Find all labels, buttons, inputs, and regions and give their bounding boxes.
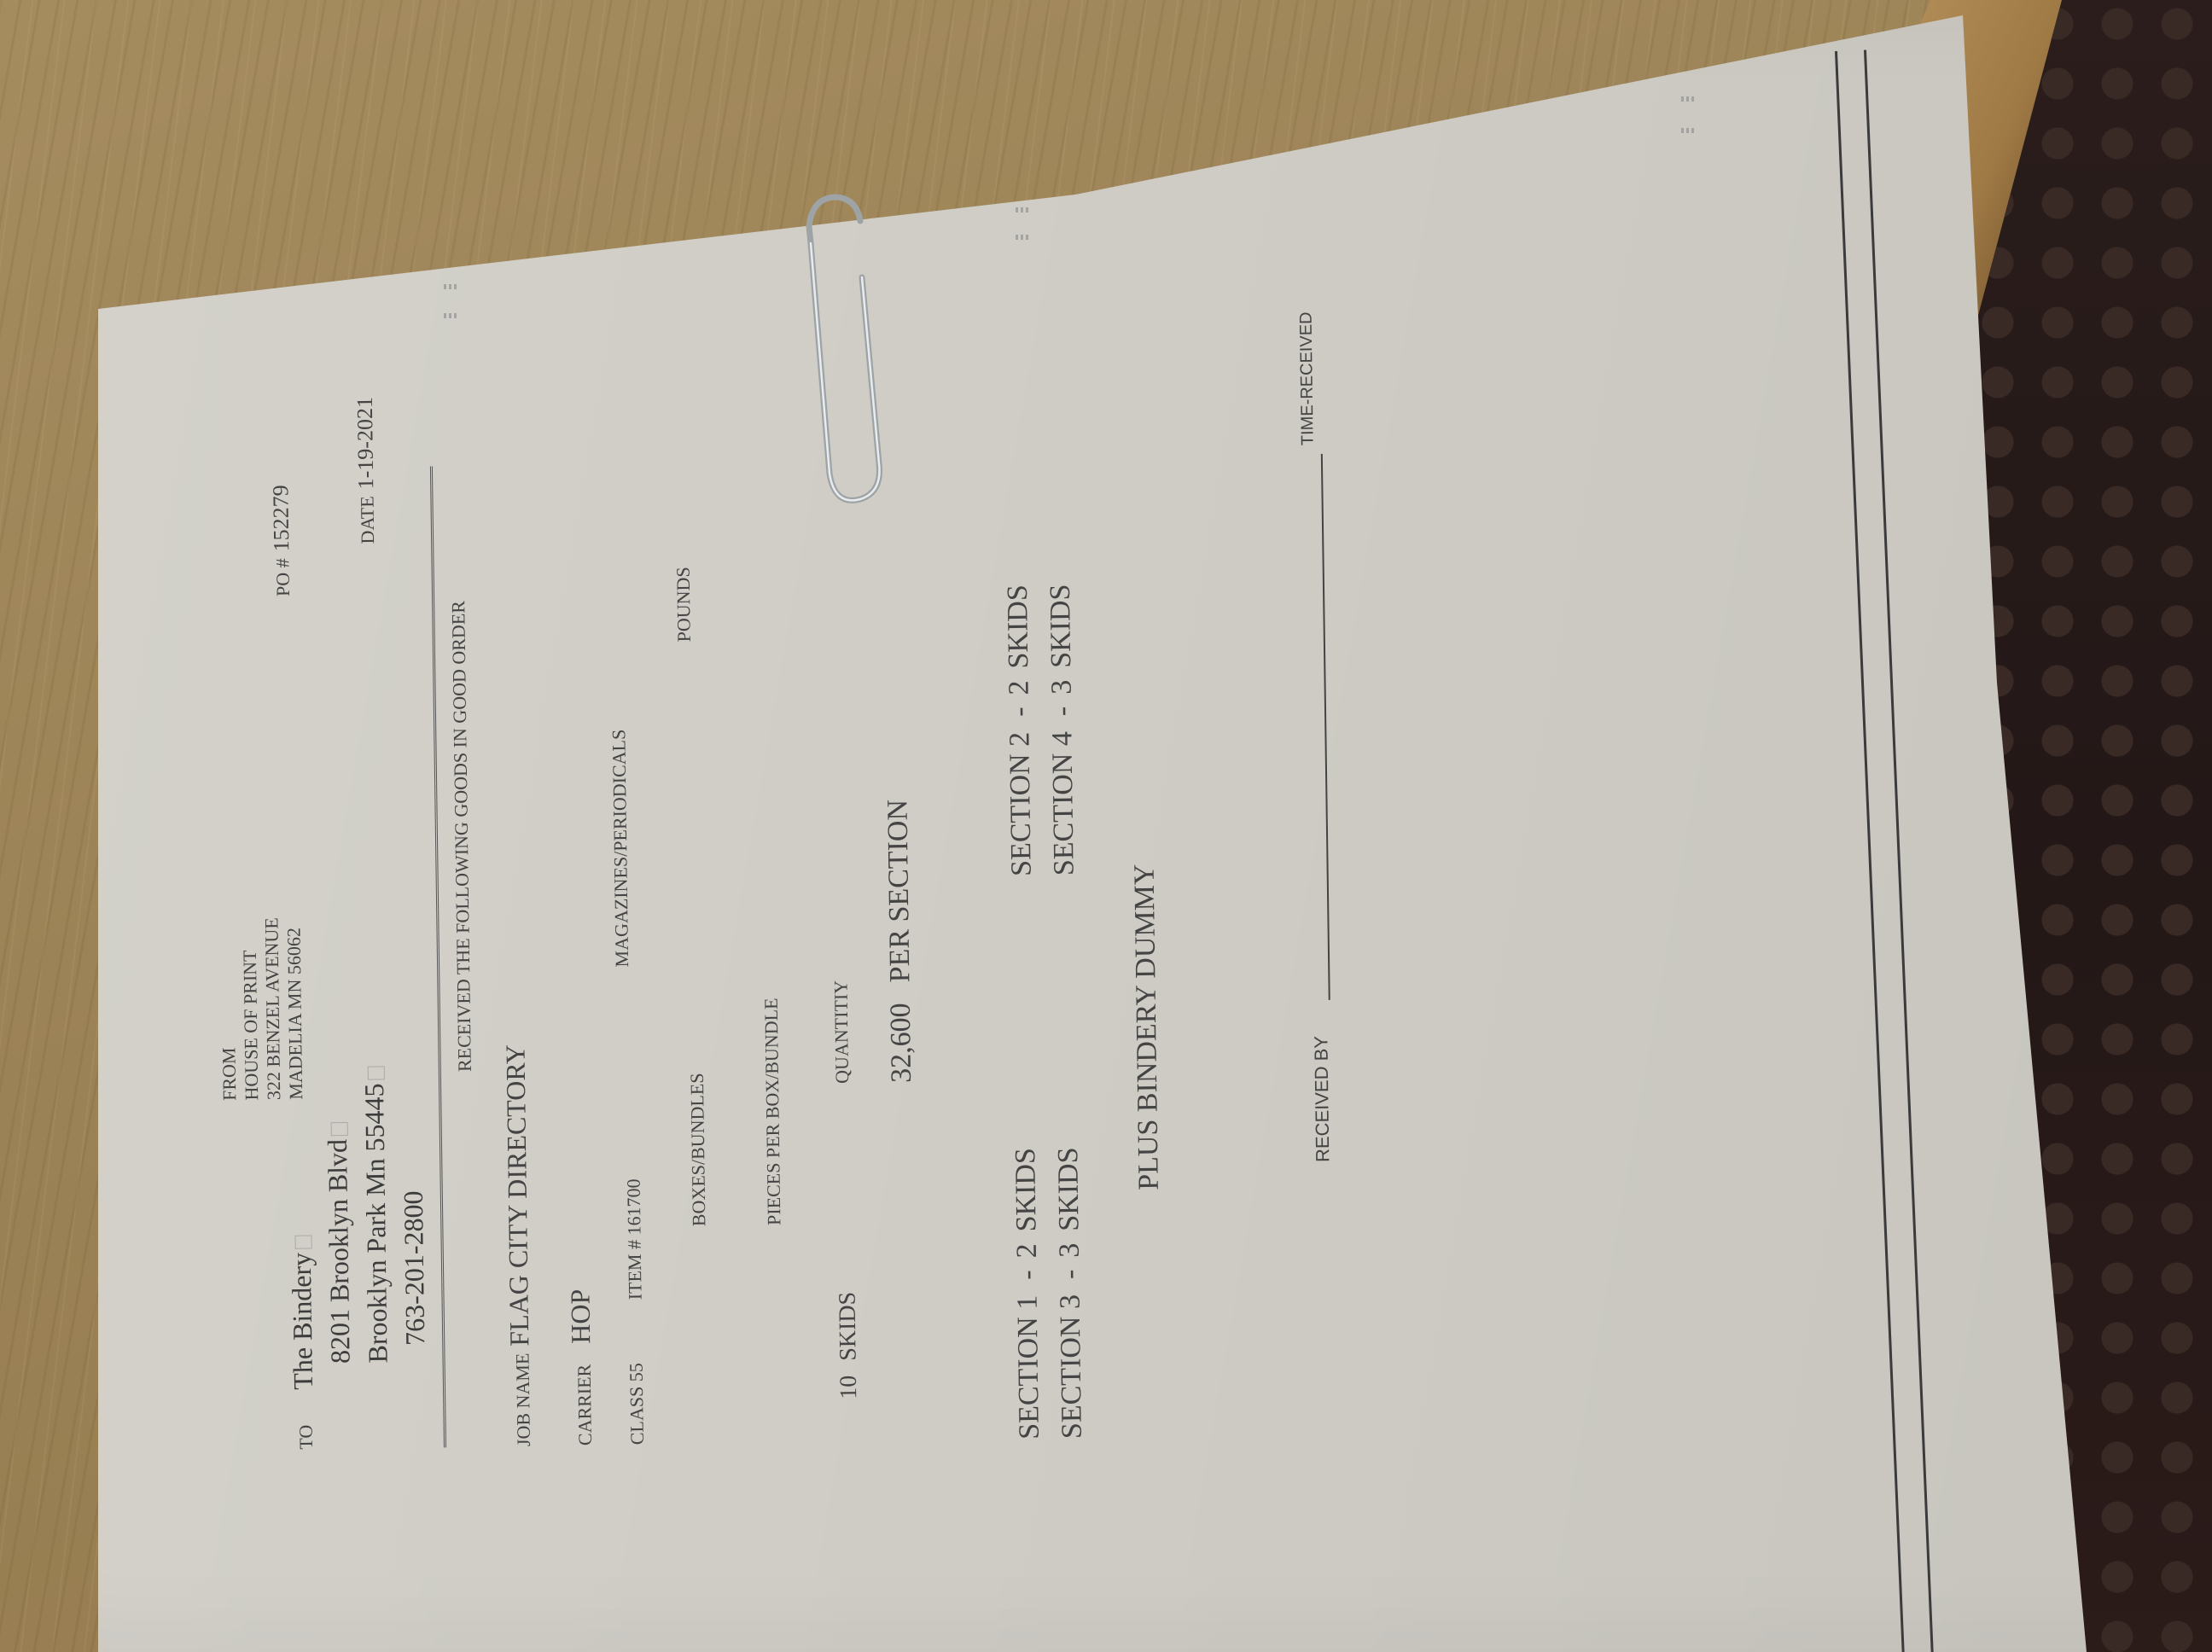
received-by-label: RECEIVED BY [1310,1036,1334,1162]
section-unit: SKIDS [1052,1147,1085,1231]
paperclip-icon [778,192,889,516]
section-unit: SKIDS [1010,1148,1042,1232]
to-address: The Bindery 8201 Brooklyn Blvd Brooklyn … [280,1066,435,1424]
carrier: CARRIERHOP [564,1289,598,1446]
boxes-bundles-label: BOXES/BUNDLES [686,1073,711,1226]
from-label: FROM [216,918,241,1101]
job-name-label: JOB NAME [511,1353,534,1447]
to-phone: 763-201-2800 [398,1190,431,1346]
box-glyph-icon [331,1122,348,1136]
printer-mark [1681,128,1697,133]
printer-mark [1681,96,1697,102]
pieces-per-box-label: PIECES PER BOX/BUNDLE [760,998,786,1225]
received-statement: RECEIVED THE FOLLOWING GOODS IN GOOD ORD… [447,601,476,1072]
section-name: SECTION 2 [1004,732,1037,877]
po-value: 152279 [268,485,294,551]
skid-count: 10 SKIDS [834,1292,863,1399]
to-city: Brooklyn Park Mn 55445 [358,1083,393,1363]
skid-unit: SKIDS [834,1292,861,1361]
po-number: PO #152279 [268,485,295,596]
date-field: DATE1-19-2021 [352,397,380,544]
time-received-label: TIME-RECEIVED [1296,311,1318,445]
to-street: 8201 Brooklyn Blvd [322,1139,356,1364]
section-name: SECTION 1 [1012,1295,1045,1440]
quantity-value: 32,600 [885,1003,917,1083]
sections-right: SECTION 2-2SKIDS SECTION 4-3SKIDS [997,584,1086,876]
quantity-unit: PER SECTION [882,800,916,983]
carrier-label: CARRIER [573,1364,596,1446]
box-glyph-icon [368,1066,385,1079]
item-label: ITEM # [624,1240,646,1300]
category: MAGAZINES/PERIODICALS [608,730,633,968]
section-name: SECTION 4 [1046,731,1080,876]
date-label: DATE [356,496,378,544]
signature-line [1321,454,1330,1000]
class-field: CLASS 55 [626,1363,649,1445]
quantity-label: QUANTITIY [829,980,853,1084]
quantity: 32,600PER SECTION [882,800,918,1083]
section-unit: SKIDS [1002,585,1034,669]
section-row: SECTION 2-2SKIDS [997,585,1044,876]
from-name: HOUSE OF PRINT [238,917,263,1100]
section-unit: SKIDS [1045,584,1077,668]
to-label: TO [295,1425,317,1450]
section-count: 2 [1003,680,1034,695]
item-value: 161700 [623,1178,645,1235]
receiving-slip: FROM HOUSE OF PRINT 322 BENZEL AVENUE MA… [206,147,1930,1451]
date-value: 1-19-2021 [352,397,379,490]
bindery-dummy-note: PLUS BINDERY DUMMY [1129,864,1166,1190]
section-row: SECTION 1-2SKIDS [1004,1148,1051,1440]
section-count: 2 [1011,1243,1043,1259]
section-name: SECTION 3 [1055,1294,1088,1440]
carrier-value: HOP [564,1289,596,1345]
pounds-label: POUNDS [672,567,696,642]
section-count: 3 [1045,680,1077,695]
job-name-value: FLAG CITY DIRECTORY [499,1044,534,1347]
section-row: SECTION 3-3SKIDS [1047,1147,1094,1439]
section-row: SECTION 4-3SKIDS [1039,584,1086,875]
skid-count-value: 10 [835,1376,862,1399]
job-name: JOB NAMEFLAG CITY DIRECTORY [499,1044,537,1447]
box-glyph-icon [294,1236,311,1249]
item-number: ITEM # 161700 [623,1178,647,1300]
class-label: CLASS [626,1387,648,1445]
po-label: PO # [271,558,294,596]
to-name: The Bindery [286,1253,318,1390]
sections-left: SECTION 1-2SKIDS SECTION 3-3SKIDS [1004,1147,1094,1440]
section-count: 3 [1054,1242,1086,1258]
class-value: 55 [626,1363,647,1382]
